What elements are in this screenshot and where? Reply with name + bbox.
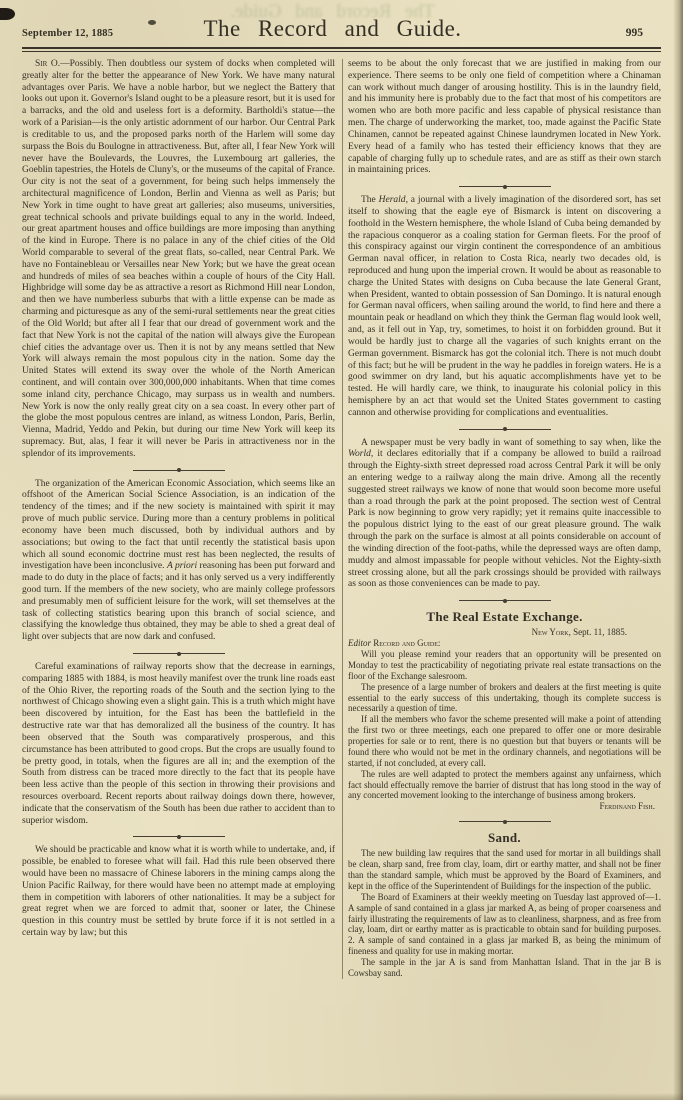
section-divider	[133, 651, 225, 656]
newspaper-page: September 12, 1885 The Record and Guide.…	[0, 0, 683, 1100]
left-column: Sir O.—Possibly. Then doubtless our syst…	[22, 59, 335, 979]
salutation: Editor Record and Guide:	[348, 638, 661, 649]
letter-paragraph: The rules are well adapted to protect th…	[348, 769, 661, 813]
dateline: New York, Sept. 11, 1885.	[348, 627, 661, 638]
signature: Ferdinand Fish.	[586, 801, 661, 812]
scan-artifact	[148, 20, 156, 25]
section-divider	[459, 598, 551, 603]
section-heading-sand: Sand.	[348, 830, 661, 846]
page-header: September 12, 1885 The Record and Guide.…	[0, 0, 683, 42]
editorial-paragraph: Careful examinations of railway reports …	[22, 662, 335, 827]
issue-date: September 12, 1885	[22, 28, 172, 39]
editorial-paragraph: seems to be about the only forecast that…	[348, 59, 661, 177]
right-column: seems to be about the only forecast that…	[348, 59, 661, 979]
masthead: The Record and Guide. The Record and Gui…	[172, 16, 493, 42]
editorial-paragraph: A newspaper must be very badly in want o…	[348, 438, 661, 592]
article-body: Sir O.—Possibly. Then doubtless our syst…	[0, 52, 683, 979]
section-divider	[459, 427, 551, 432]
section-divider	[133, 834, 225, 839]
editorial-paragraph: The Herald, a journal with a lively imag…	[348, 195, 661, 419]
page-number: 995	[493, 27, 661, 39]
letter-paragraph: The presence of a large number of broker…	[348, 682, 661, 715]
article-paragraph: The sample in the jar A is sand from Man…	[348, 957, 661, 979]
article-paragraph: The new building law requires that the s…	[348, 848, 661, 892]
editorial-paragraph: We should be practicable and know what i…	[22, 845, 335, 940]
section-divider	[459, 819, 551, 824]
letter-paragraph: If all the members who favor the scheme …	[348, 714, 661, 768]
column-rule	[342, 59, 343, 979]
section-divider	[133, 468, 225, 473]
bleed-through-text: The Record and Guide.	[172, 1, 493, 23]
section-divider	[459, 184, 551, 189]
editorial-paragraph: The organization of the American Economi…	[22, 479, 335, 644]
scan-edge-right	[673, 0, 683, 1100]
section-heading-real-estate-exchange: The Real Estate Exchange.	[348, 609, 661, 625]
letter-paragraph: Will you please remind your readers that…	[348, 649, 661, 682]
scan-edge-bottom	[0, 1093, 683, 1100]
letter-continuation-paragraph: Sir O.—Possibly. Then doubtless our syst…	[22, 59, 335, 461]
article-paragraph: The Board of Examiners at their weekly m…	[348, 892, 661, 957]
